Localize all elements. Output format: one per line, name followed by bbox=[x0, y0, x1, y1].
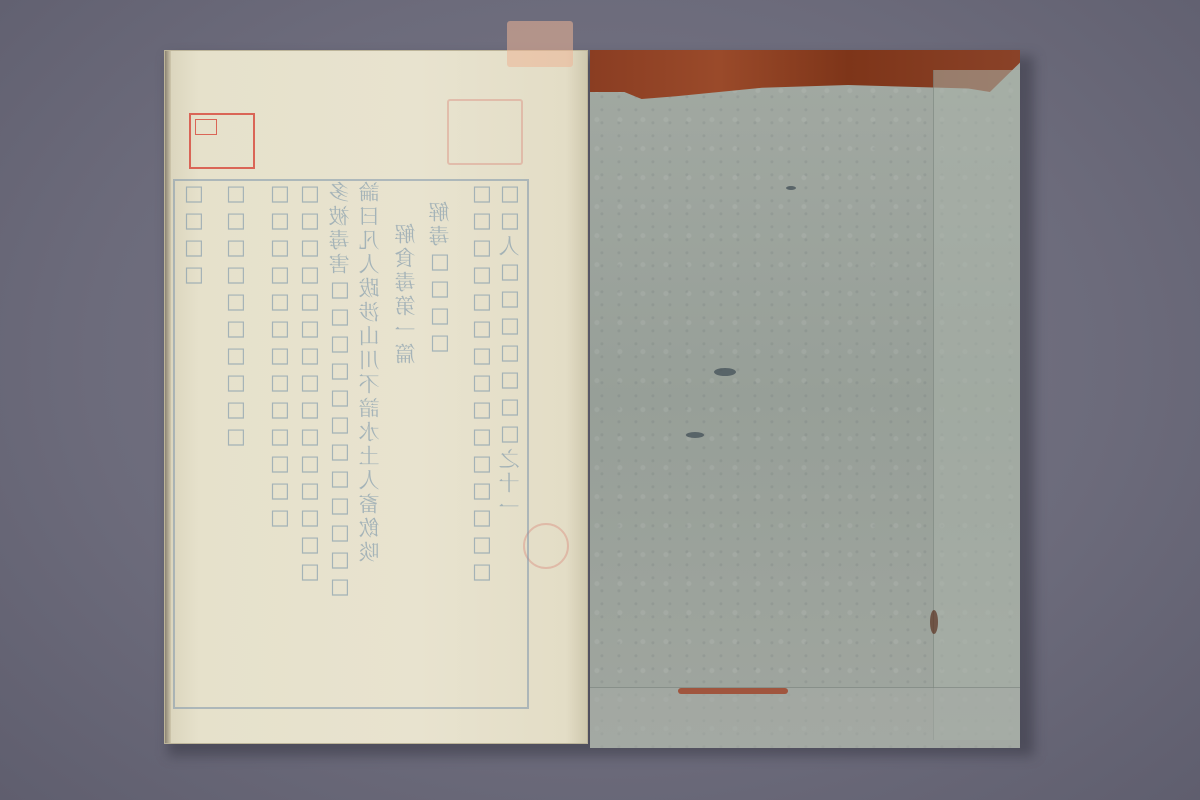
text-column: □□人□□□□□□□之十一 bbox=[500, 181, 521, 520]
text-column: □□□□□□□□□□ bbox=[226, 181, 247, 451]
text-column: □□□□□□□□□□□□□ bbox=[270, 181, 291, 532]
text-column: 解食毒第一篇 bbox=[396, 223, 417, 367]
left-page: □□人□□□□□□□之十一 □□□□□□□□□□□□□□□ 解毒□□□□ 解食毒… bbox=[164, 50, 588, 744]
text-column: □□□□□□□□□□□□□□□ bbox=[300, 181, 321, 586]
print-frame: □□人□□□□□□□之十一 □□□□□□□□□□□□□□□ 解毒□□□□ 解食毒… bbox=[173, 179, 529, 709]
text-column: □□□□ bbox=[184, 181, 205, 289]
faint-round-seal bbox=[523, 523, 569, 569]
text-column: □□□□□□□□□□□□□□□ bbox=[472, 181, 493, 586]
text-column: 論曰凡人跋涉山川不諳水土人畜飲啖 bbox=[360, 181, 381, 565]
faint-top-seal bbox=[507, 21, 573, 67]
cover-fold-bottom bbox=[590, 687, 1020, 748]
cover-fold-right bbox=[933, 70, 1020, 740]
faint-center-seal bbox=[447, 99, 523, 165]
paper-fleck bbox=[786, 186, 796, 190]
paper-fleck bbox=[930, 610, 938, 634]
page-edge bbox=[165, 51, 171, 743]
text-column: 解毒□□□□ bbox=[430, 201, 451, 357]
red-square-seal bbox=[189, 113, 255, 169]
paper-fleck bbox=[714, 368, 736, 376]
right-cover bbox=[590, 50, 1020, 748]
cloth-remnant bbox=[678, 688, 788, 694]
text-column: 多被毒害□□□□□□□□□□□□ bbox=[330, 181, 351, 601]
paper-fleck bbox=[686, 432, 704, 438]
